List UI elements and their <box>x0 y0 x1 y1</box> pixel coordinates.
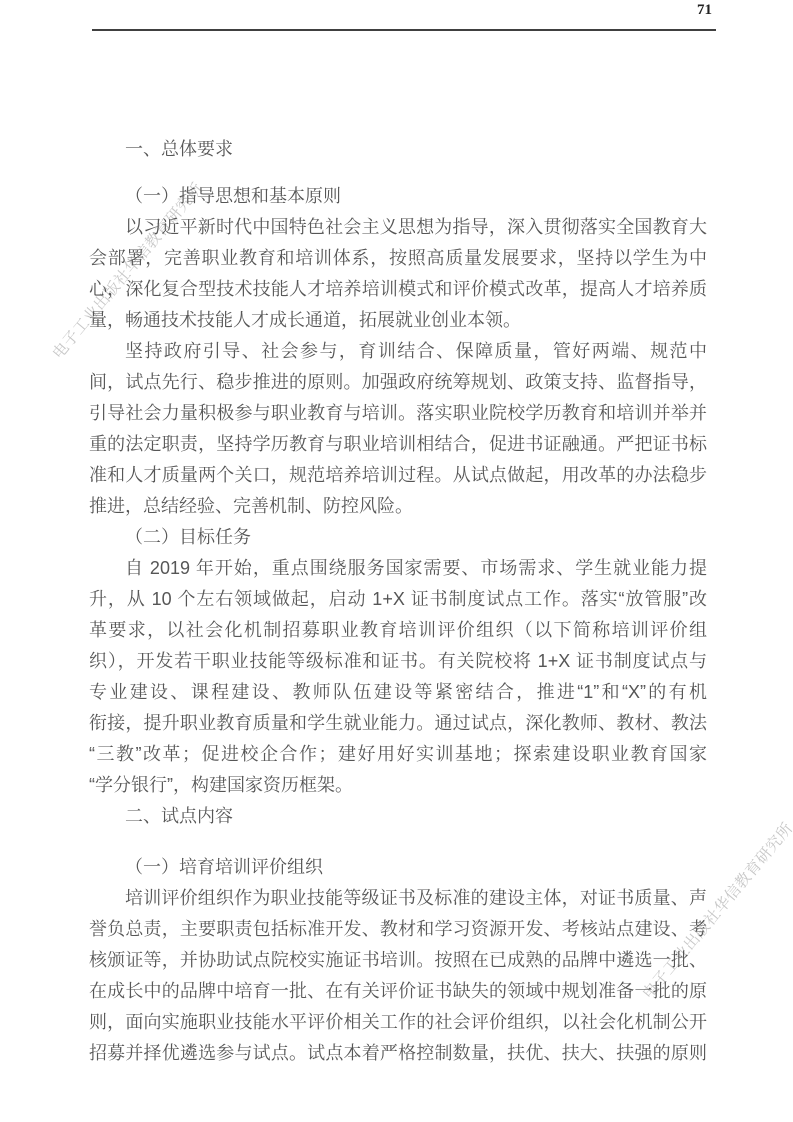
page-number: 71 <box>697 2 712 19</box>
body-line: 招募并择优遴选参与试点。试点本着严格控制数量，扶优、扶大、扶强的原则 <box>89 1038 707 1069</box>
body-line: 重的法定职责，坚持学历教育与职业培训相结合，促进书证融通。严把证书标 <box>89 429 707 460</box>
subsection-heading: （一）培育培训评价组织 <box>89 852 707 883</box>
body-line: 革要求，以社会化机制招募职业教育培训评价组织（以下简称培训评价组 <box>89 615 707 646</box>
header-rule <box>92 29 716 31</box>
body-line: 自 2019 年开始，重点围绕服务国家需要、市场需求、学生就业能力提 <box>89 553 707 584</box>
body-line: 推进，总结经验、完善机制、防控风险。 <box>89 491 707 522</box>
body-line: 核颁证等，并协助试点院校实施证书培训。按照在已成熟的品牌中遴选一批、 <box>89 945 707 976</box>
body-line: 以习近平新时代中国特色社会主义思想为指导，深入贯彻落实全国教育大 <box>89 212 707 243</box>
body-line: 织），开发若干职业技能等级标准和证书。有关院校将 1+X 证书制度试点与 <box>89 646 707 677</box>
body-line: 间，试点先行、稳步推进的原则。加强政府统筹规划、政策支持、监督指导， <box>89 367 707 398</box>
body-line: 衔接，提升职业教育质量和学生就业能力。通过试点，深化教师、教材、教法 <box>89 708 707 739</box>
body-line: 引导社会力量积极参与职业教育与培训。落实职业院校学历教育和培训并举并 <box>89 398 707 429</box>
subsection-heading: （一）指导思想和基本原则 <box>89 181 707 212</box>
body-line: 在成长中的品牌中培育一批、在有关评价证书缺失的领域中规划准备一批的原 <box>89 976 707 1007</box>
section-heading: 二、试点内容 <box>89 801 707 832</box>
body-line: 心，深化复合型技术技能人才培养培训模式和评价模式改革，提高人才培养质 <box>89 274 707 305</box>
document-page: 71 电子工业出版社华信教育研究所 电子工业出版社华信教育研究所 一、总体要求（… <box>0 0 793 1122</box>
body-line: 量，畅通技术技能人才成长通道，拓展就业创业本领。 <box>89 305 707 336</box>
body-line: 则，面向实施职业技能水平评价相关工作的社会评价组织，以社会化机制公开 <box>89 1007 707 1038</box>
body-line: 专业建设、课程建设、教师队伍建设等紧密结合，推进“1”和“X”的有机 <box>89 677 707 708</box>
section-heading: 一、总体要求 <box>89 134 707 165</box>
body-line: 培训评价组织作为职业技能等级证书及标准的建设主体，对证书质量、声 <box>89 883 707 914</box>
body-line: “三教”改革；促进校企合作；建好用好实训基地；探索建设职业教育国家 <box>89 739 707 770</box>
body-line: 会部署，完善职业教育和培训体系，按照高质量发展要求，坚持以学生为中 <box>89 243 707 274</box>
document-body: 一、总体要求（一）指导思想和基本原则以习近平新时代中国特色社会主义思想为指导，深… <box>89 134 707 1069</box>
body-line: 坚持政府引导、社会参与，育训结合、保障质量，管好两端、规范中 <box>89 336 707 367</box>
body-line: 誉负总责，主要职责包括标准开发、教材和学习资源开发、考核站点建设、考 <box>89 914 707 945</box>
body-line: “学分银行”，构建国家资历框架。 <box>89 770 707 801</box>
body-line: 准和人才质量两个关口，规范培养培训过程。从试点做起，用改革的办法稳步 <box>89 460 707 491</box>
subsection-heading: （二）目标任务 <box>89 522 707 553</box>
body-line: 升，从 10 个左右领域做起，启动 1+X 证书制度试点工作。落实“放管服”改 <box>89 584 707 615</box>
